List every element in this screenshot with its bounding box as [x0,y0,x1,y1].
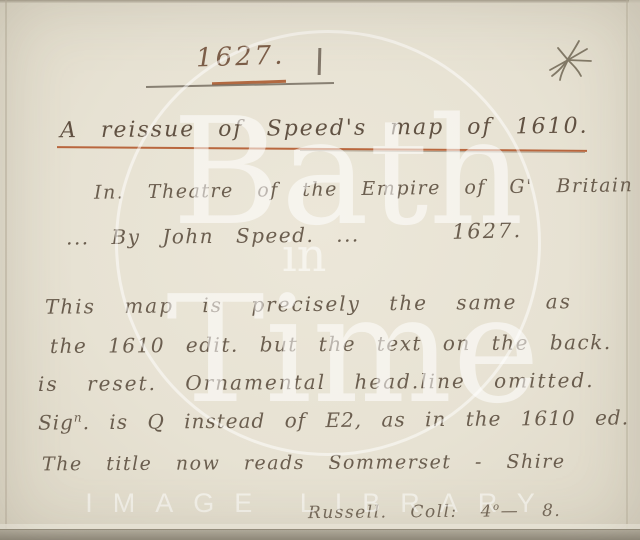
shelfmark-sup: o [493,502,501,513]
para-line-1: This map is precisely the same as [45,289,572,319]
top-paper-edge [0,0,640,3]
line-byline-year: 1627. [452,218,523,244]
line-byline: ... By John Speed. ... [66,222,360,249]
signature-line: Sign. is Q instead of E2, as in the 1610… [38,405,629,434]
note-card: 1627. A reissue of Speed's map of 1610. … [0,0,640,540]
shelfmark: Russell. Coll: 4o— 8. [308,501,561,523]
right-paper-sliver [629,0,640,540]
title-reads-line: The title now reads Sommerset - Shire [42,451,566,476]
asterisk-doodle-icon [546,34,594,86]
ink-tick-mark [318,48,322,75]
para-line-3: is reset. Ornamental head.line omitted. [38,368,595,396]
line-theatre: In. Theatre of the Empire of G' Britain [94,174,634,204]
para-line-2: the 1610 edit. but the text on the back. [50,330,612,358]
left-paper-edge [5,0,7,540]
right-paper-edge [626,0,628,540]
signature-line-pre: Sig [38,410,74,434]
year-heading: 1627. [196,40,286,73]
bottom-paper-edge [0,529,640,540]
shelfmark-post: — 8. [501,501,562,522]
signature-line-sup: n [74,411,83,425]
signature-line-post: . is Q instead of E2, as in the 1610 ed. [83,405,630,434]
note-title: A reissue of Speed's map of 1610. [60,114,589,144]
shelfmark-pre: Russell. Coll: 4 [308,501,493,523]
